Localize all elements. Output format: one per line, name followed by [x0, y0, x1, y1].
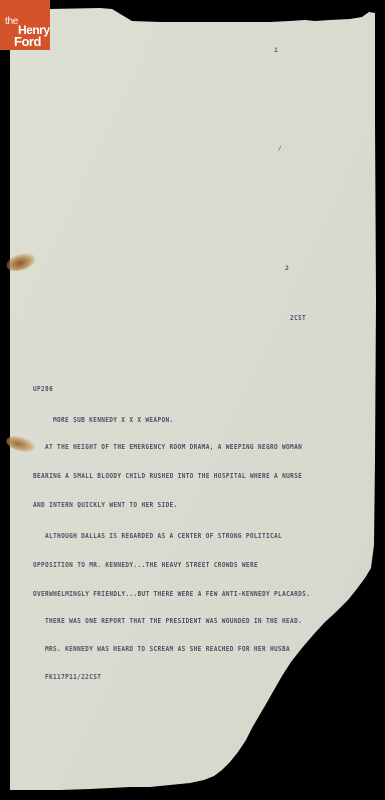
text-line-6: OPPOSITION TO MR. KENNEDY...THE HEAVY ST…	[33, 561, 258, 569]
text-line-1: MORE SUB KENNEDY X X X WEAPON.	[53, 416, 174, 424]
text-line-4: AND INTERN QUICKLY WENT TO HER SIDE.	[33, 501, 178, 509]
text-line-8: THERE WAS ONE REPORT THAT THE PRESIDENT …	[45, 617, 302, 625]
sign-off-code: FK117P11/22CST	[45, 673, 101, 681]
text-line-3: BEARING A SMALL BLOODY CHILD RUSHED INTO…	[33, 472, 302, 480]
text-line-9: MRS. KENNEDY WAS HEARD TO SCREAM AS SHE …	[45, 645, 290, 653]
logo-text-ford: Ford	[14, 35, 41, 48]
text-line-5: ALTHOUGH DALLAS IS REGARDED AS A CENTER …	[45, 532, 282, 540]
wire-slug: UP286	[33, 385, 53, 393]
page-number-1: 1	[274, 46, 278, 54]
text-line-7: OVERWHELMINGLY FRIENDLY...BUT THERE WERE…	[33, 590, 310, 598]
time-stamp-top: 2CST	[290, 314, 306, 322]
henry-ford-logo[interactable]: the Henry Ford	[0, 0, 50, 50]
page-number-2: 2	[285, 264, 289, 272]
text-line-2: AT THE HEIGHT OF THE EMERGENCY ROOM DRAM…	[45, 443, 302, 451]
logo-text-the: the	[5, 17, 18, 27]
slash-mark: /	[278, 144, 282, 152]
